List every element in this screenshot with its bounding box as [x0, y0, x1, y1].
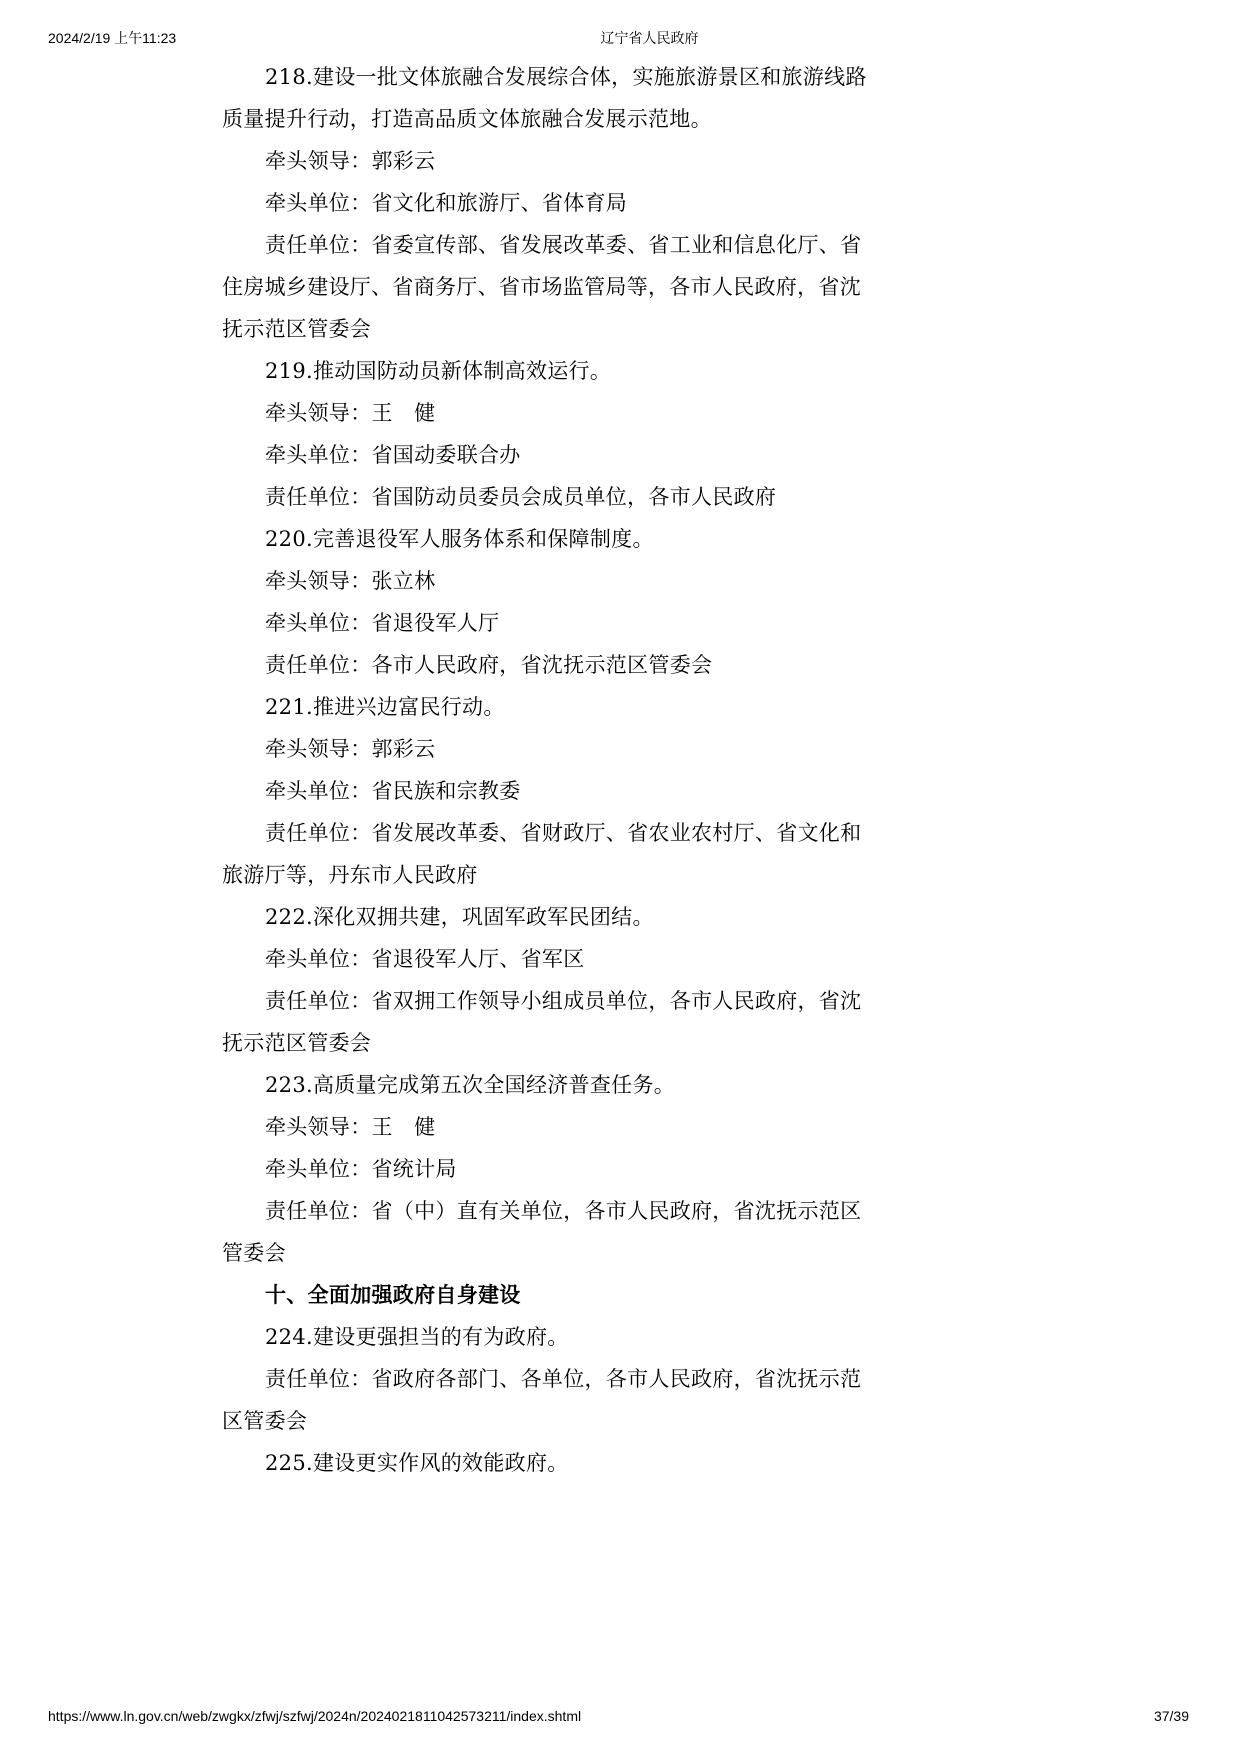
print-header: 2024/2/19 上午11:23 辽宁省人民政府 [0, 28, 1239, 48]
item-223-lead-unit: 牵头单位：省统计局 [222, 1154, 892, 1196]
item-218-lead-leader: 牵头领导：郭彩云 [222, 146, 892, 188]
item-218-responsible-units-cont: 住房城乡建设厅、省商务厅、省市场监管局等，各市人民政府，省沈 [222, 272, 892, 314]
item-224-title: 224.建设更强担当的有为政府。 [222, 1322, 892, 1364]
item-220-lead-unit: 牵头单位：省退役军人厅 [222, 608, 892, 650]
site-title: 辽宁省人民政府 [0, 28, 1239, 48]
item-222-lead-unit: 牵头单位：省退役军人厅、省军区 [222, 944, 892, 986]
item-222-title: 222.深化双拥共建，巩固军政军民团结。 [222, 902, 892, 944]
item-218-responsible-units: 责任单位：省委宣传部、省发展改革委、省工业和信息化厅、省 [222, 230, 892, 272]
item-219-responsible-units: 责任单位：省国防动员委员会成员单位，各市人民政府 [222, 482, 892, 524]
item-224-responsible-units: 责任单位：省政府各部门、各单位，各市人民政府，省沈抚示范 [222, 1364, 892, 1406]
item-220-title: 220.完善退役军人服务体系和保障制度。 [222, 524, 892, 566]
print-footer: https://www.ln.gov.cn/web/zwgkx/zfwj/szf… [0, 1706, 1239, 1726]
section-heading-10: 十、全面加强政府自身建设 [222, 1280, 892, 1322]
page-url: https://www.ln.gov.cn/web/zwgkx/zfwj/szf… [48, 1706, 581, 1726]
item-225-title: 225.建设更实作风的效能政府。 [222, 1448, 892, 1490]
item-219-lead-leader: 牵头领导：王 健 [222, 398, 892, 440]
item-223-responsible-units: 责任单位：省（中）直有关单位，各市人民政府，省沈抚示范区 [222, 1196, 892, 1238]
item-219-lead-unit: 牵头单位：省国动委联合办 [222, 440, 892, 482]
page-indicator: 37/39 [1154, 1706, 1189, 1726]
item-221-responsible-units: 责任单位：省发展改革委、省财政厅、省农业农村厅、省文化和 [222, 818, 892, 860]
item-218-lead-unit: 牵头单位：省文化和旅游厅、省体育局 [222, 188, 892, 230]
item-222-responsible-units: 责任单位：省双拥工作领导小组成员单位，各市人民政府，省沈 [222, 986, 892, 1028]
item-221-title: 221.推进兴边富民行动。 [222, 692, 892, 734]
item-218-title: 218.建设一批文体旅融合发展综合体，实施旅游景区和旅游线路 [222, 62, 892, 104]
item-224-responsible-units-cont: 区管委会 [222, 1406, 892, 1448]
item-218-responsible-units-cont2: 抚示范区管委会 [222, 314, 892, 356]
item-218-title-cont: 质量提升行动，打造高品质文体旅融合发展示范地。 [222, 104, 892, 146]
item-223-title: 223.高质量完成第五次全国经济普查任务。 [222, 1070, 892, 1112]
item-221-lead-leader: 牵头领导：郭彩云 [222, 734, 892, 776]
item-223-responsible-units-cont: 管委会 [222, 1238, 892, 1280]
item-220-lead-leader: 牵头领导：张立林 [222, 566, 892, 608]
item-221-lead-unit: 牵头单位：省民族和宗教委 [222, 776, 892, 818]
document-body: 218.建设一批文体旅融合发展综合体，实施旅游景区和旅游线路 质量提升行动，打造… [222, 62, 892, 1490]
item-222-responsible-units-cont: 抚示范区管委会 [222, 1028, 892, 1070]
item-223-lead-leader: 牵头领导：王 健 [222, 1112, 892, 1154]
item-219-title: 219.推动国防动员新体制高效运行。 [222, 356, 892, 398]
item-221-responsible-units-cont: 旅游厅等，丹东市人民政府 [222, 860, 892, 902]
item-220-responsible-units: 责任单位：各市人民政府，省沈抚示范区管委会 [222, 650, 892, 692]
